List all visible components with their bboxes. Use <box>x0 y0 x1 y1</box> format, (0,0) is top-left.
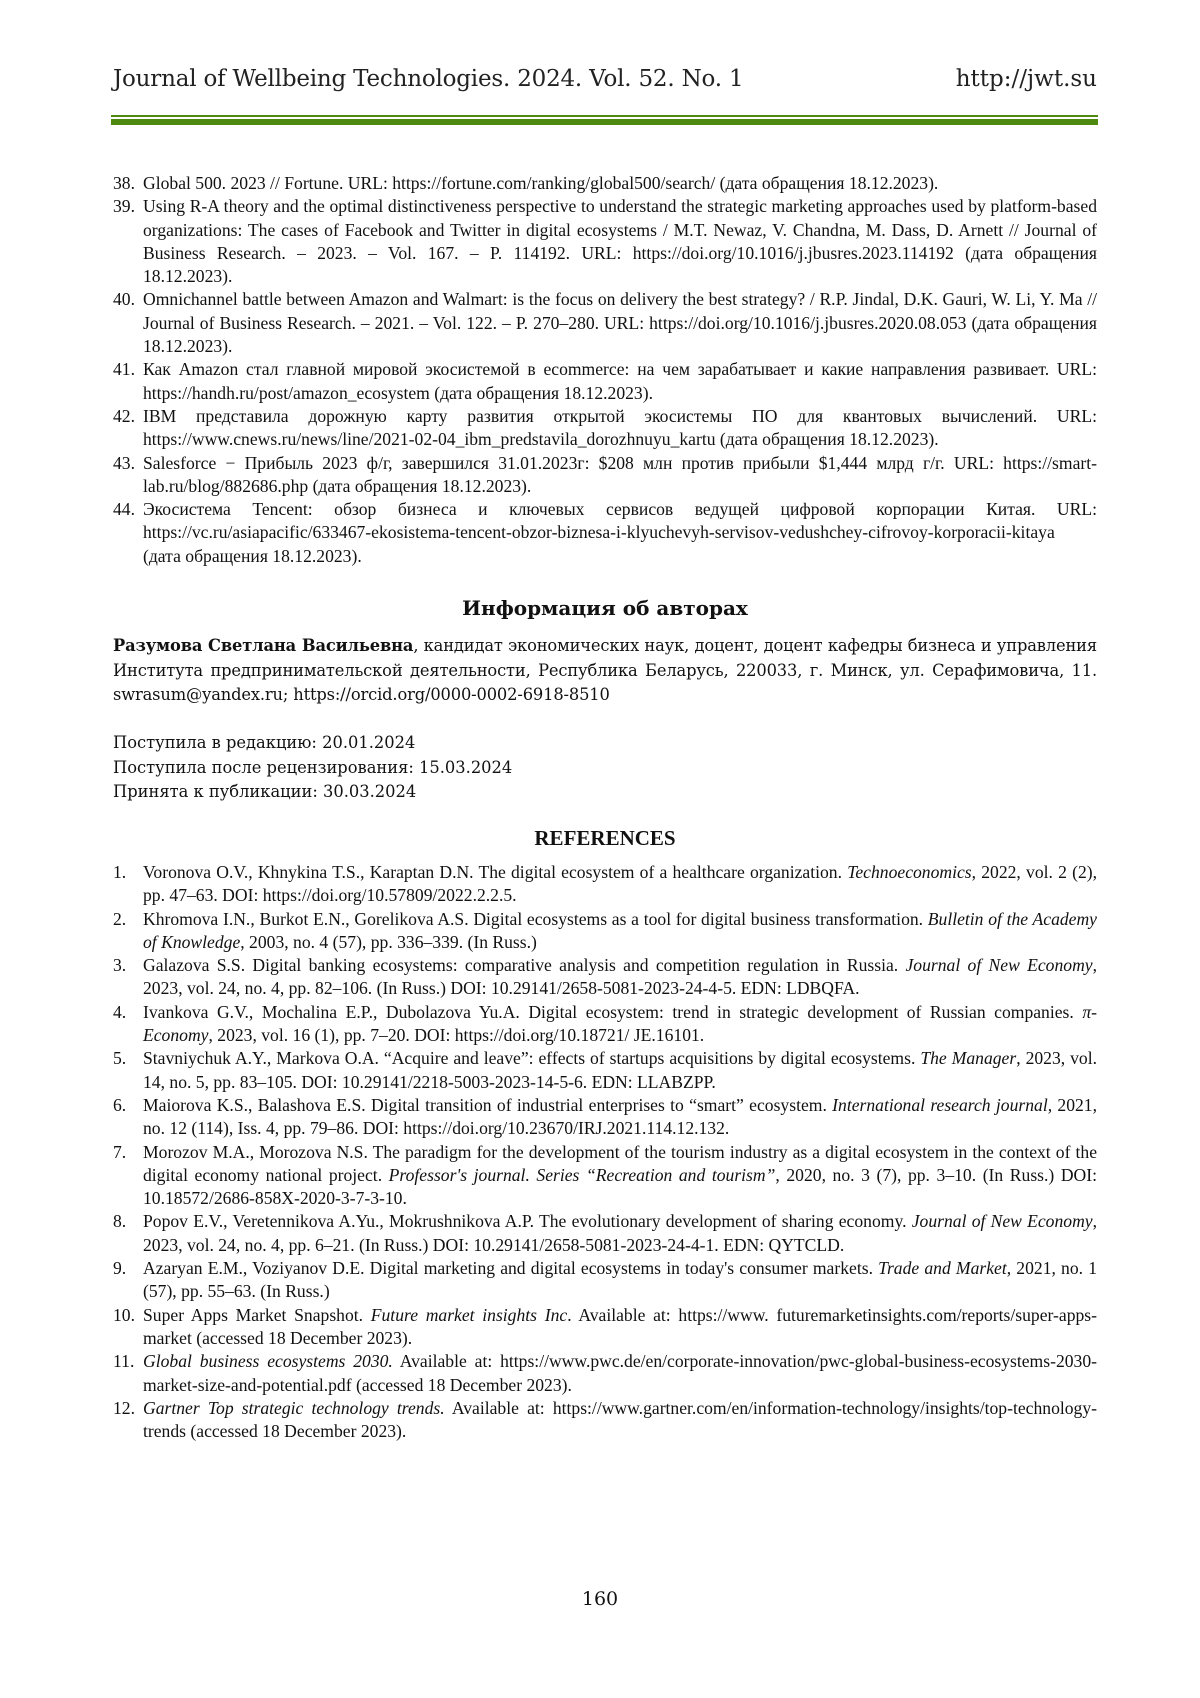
reference-source: Trade and Market <box>878 1258 1007 1278</box>
reference-number: 2. <box>113 908 126 931</box>
reference-source: Journal of New Economy <box>906 955 1093 975</box>
reference-number: 6. <box>113 1094 126 1117</box>
reference-item: 5.Stavniychuk A.Y., Markova O.A. “Acquir… <box>113 1047 1097 1094</box>
reference-source: Professor's journal. Series “Recreation … <box>389 1165 776 1185</box>
reference-item: 44.Экосистема Tencent: обзор бизнеса и к… <box>113 498 1097 568</box>
date-accepted: Принята к публикации: 30.03.2024 <box>113 780 512 805</box>
reference-number: 1. <box>113 861 126 884</box>
reference-text: Omnichannel battle between Amazon and Wa… <box>143 289 1097 356</box>
reference-number: 4. <box>113 1001 126 1024</box>
reference-text: Khromova I.N., Burkot E.N., Gorelikova A… <box>143 909 928 929</box>
reference-item: 9.Azaryan E.M., Voziyanov D.E. Digital m… <box>113 1257 1097 1304</box>
reference-text: IBM представила дорожную карту развития … <box>143 406 1097 449</box>
reference-text: Экосистема Tencent: обзор бизнеса и ключ… <box>143 499 1097 566</box>
reference-item: 10.Super Apps Market Snapshot. Future ma… <box>113 1304 1097 1351</box>
reference-text: Как Amazon стал главной мировой экосисте… <box>143 359 1097 402</box>
reference-item: 7.Morozov M.A., Morozova N.S. The paradi… <box>113 1141 1097 1211</box>
reference-number: 8. <box>113 1210 126 1233</box>
reference-text: Salesforce − Прибыль 2023 ф/г, завершилс… <box>143 453 1097 496</box>
header-rule-thick <box>111 119 1098 125</box>
journal-title: Journal of Wellbeing Technologies. 2024.… <box>113 66 743 92</box>
reference-source: The Manager <box>920 1048 1016 1068</box>
reference-item: 3.Galazova S.S. Digital banking ecosyste… <box>113 954 1097 1001</box>
russian-reference-list: 38.Global 500. 2023 // Fortune. URL: htt… <box>113 172 1097 568</box>
reference-item: 1.Voronova O.V., Khnykina T.S., Karaptan… <box>113 861 1097 908</box>
reference-item: 43.Salesforce − Прибыль 2023 ф/г, заверш… <box>113 452 1097 499</box>
reference-item: 42.IBM представила дорожную карту развит… <box>113 405 1097 452</box>
reference-text: Using R-A theory and the optimal distinc… <box>143 196 1097 286</box>
reference-text: Galazova S.S. Digital banking ecosystems… <box>143 955 906 975</box>
reference-source: Gartner Top strategic technology trends. <box>143 1398 445 1418</box>
reference-item: 39.Using R-A theory and the optimal dist… <box>113 195 1097 288</box>
reference-source: Technoeconomics <box>847 862 971 882</box>
reference-text: Global 500. 2023 // Fortune. URL: https:… <box>143 173 938 193</box>
reference-item: 11.Global business ecosystems 2030. Avai… <box>113 1350 1097 1397</box>
reference-text: Ivankova G.V., Mochalina E.P., Dubolazov… <box>143 1002 1082 1022</box>
references-section-title: REFERENCES <box>113 826 1097 851</box>
author-name: Разумова Светлана Васильевна <box>113 636 413 655</box>
reference-text: Azaryan E.M., Voziyanov D.E. Digital mar… <box>143 1258 878 1278</box>
english-reference-list: 1.Voronova O.V., Khnykina T.S., Karaptan… <box>113 861 1097 1443</box>
reference-item: 40.Omnichannel battle between Amazon and… <box>113 288 1097 358</box>
date-revised: Поступила после рецензирования: 15.03.20… <box>113 756 512 781</box>
reference-source: International research journal, <box>832 1095 1052 1115</box>
reference-item: 12.Gartner Top strategic technology tren… <box>113 1397 1097 1444</box>
page-number: 160 <box>0 1588 1200 1610</box>
reference-details: , 2003, no. 4 (57), pp. 336–339. (In Rus… <box>240 932 537 952</box>
date-received: Поступила в редакцию: 20.01.2024 <box>113 731 512 756</box>
reference-item: 2.Khromova I.N., Burkot E.N., Gorelikova… <box>113 908 1097 955</box>
reference-item: 6.Maiorova K.S., Balashova E.S. Digital … <box>113 1094 1097 1141</box>
reference-text: Super Apps Market Snapshot. <box>143 1305 371 1325</box>
submission-dates: Поступила в редакцию: 20.01.2024 Поступи… <box>113 731 512 805</box>
journal-url[interactable]: http://jwt.su <box>956 66 1097 92</box>
author-info: Разумова Светлана Васильевна, кандидат э… <box>113 634 1097 708</box>
reference-number: 3. <box>113 954 126 977</box>
reference-number: 11. <box>113 1350 134 1373</box>
reference-item: 41.Как Amazon стал главной мировой экоси… <box>113 358 1097 405</box>
reference-text: Stavniychuk A.Y., Markova O.A. “Acquire … <box>143 1048 920 1068</box>
reference-number: 12. <box>113 1397 135 1420</box>
journal-page: Journal of Wellbeing Technologies. 2024.… <box>0 0 1200 1698</box>
running-header: Journal of Wellbeing Technologies. 2024.… <box>113 66 1097 106</box>
reference-source: Global business ecosystems 2030. <box>143 1351 393 1371</box>
reference-item: 38.Global 500. 2023 // Fortune. URL: htt… <box>113 172 1097 195</box>
reference-number: 7. <box>113 1141 126 1164</box>
reference-source: Journal of New Economy <box>912 1211 1093 1231</box>
reference-number: 5. <box>113 1047 126 1070</box>
authors-section-title: Информация об авторах <box>113 596 1097 620</box>
reference-text: Popov E.V., Veretennikova A.Yu., Mokrush… <box>143 1211 912 1231</box>
reference-text: Maiorova K.S., Balashova E.S. Digital tr… <box>143 1095 832 1115</box>
reference-item: 8.Popov E.V., Veretennikova A.Yu., Mokru… <box>113 1210 1097 1257</box>
reference-text: Voronova O.V., Khnykina T.S., Karaptan D… <box>143 862 847 882</box>
reference-source: Future market insights Inc <box>371 1305 567 1325</box>
reference-details: , 2023, vol. 16 (1), pp. 7–20. DOI: http… <box>208 1025 704 1045</box>
header-rule-thin <box>111 115 1098 117</box>
reference-number: 9. <box>113 1257 126 1280</box>
reference-number: 10. <box>113 1304 135 1327</box>
reference-item: 4.Ivankova G.V., Mochalina E.P., Dubolaz… <box>113 1001 1097 1048</box>
